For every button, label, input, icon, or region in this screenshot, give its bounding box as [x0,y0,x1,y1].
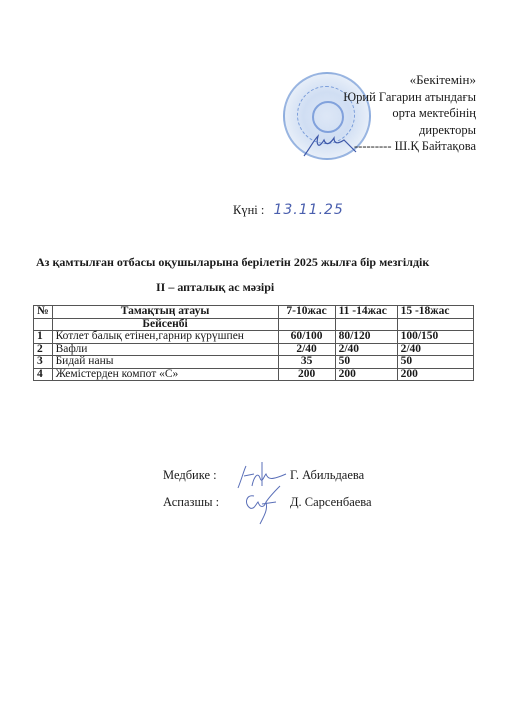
cook-signature [240,482,284,526]
nurse-name: Г. Абильдаева [290,468,364,483]
cook-name: Д. Сарсенбаева [290,495,372,510]
nurse-label: Медбике : [163,468,217,483]
signature-block: Медбике : Г. Абильдаева Аспазшы : Д. Сар… [0,0,524,720]
cook-label: Аспазшы : [163,495,219,510]
